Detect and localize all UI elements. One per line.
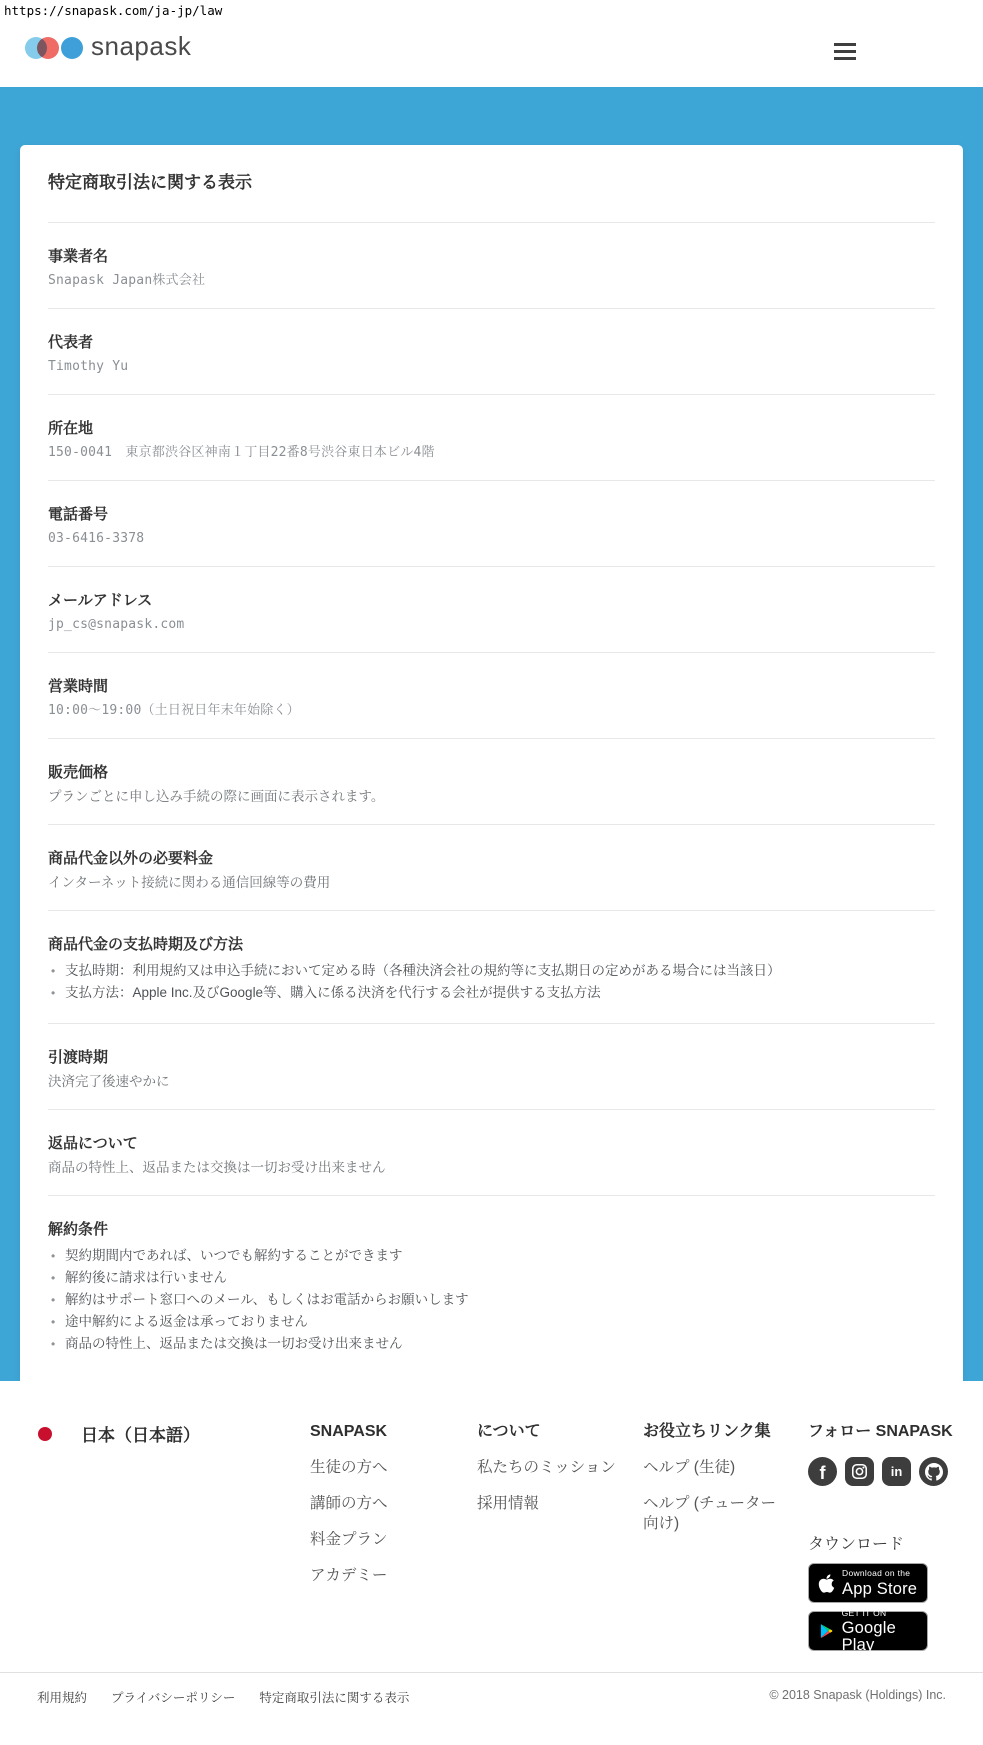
section-delivery: 引渡時期 決済完了後速やかに: [48, 1024, 935, 1110]
logo-dot-red: [37, 37, 59, 59]
section-value: 商品の特性上、返品または交換は一切お受け出来ません: [48, 1159, 935, 1176]
section-label: 解約条件: [48, 1220, 935, 1239]
snapask-dots-icon: [25, 36, 83, 60]
badge-line2: App Store: [842, 1581, 917, 1598]
footer-column-about: について 私たちのミッション 採用情報: [477, 1422, 616, 1514]
copyright: © 2018 Snapask (Holdings) Inc.: [769, 1688, 946, 1702]
terms-link[interactable]: 利用規約: [37, 1688, 87, 1706]
instagram-icon[interactable]: [845, 1457, 874, 1486]
section-label: 営業時間: [48, 677, 935, 696]
footer-link-students[interactable]: 生徒の方へ: [310, 1458, 388, 1478]
facebook-glyph: f: [820, 1464, 826, 1482]
section-price: 販売価格 プランごとに申し込み手続の際に画面に表示されます。: [48, 739, 935, 825]
page-title: 特定商取引法に関する表示: [48, 145, 935, 223]
section-label: 代表者: [48, 333, 935, 352]
section-extra-fees: 商品代金以外の必要料金 インターネット接続に関わる通信回線等の費用: [48, 825, 935, 911]
section-business-name: 事業者名 Snapask Japan株式会社: [48, 223, 935, 309]
github-icon[interactable]: [919, 1457, 948, 1486]
section-business-hours: 営業時間 10:00〜19:00（土日祝日年末年始除く）: [48, 653, 935, 739]
linkedin-icon[interactable]: in: [882, 1457, 911, 1486]
footer-column-snapask: SNAPASK 生徒の方へ 講師の方へ 料金プラン アカデミー: [310, 1422, 388, 1586]
legal-bar: 利用規約 プライバシーポリシー 特定商取引法に関する表示 © 2018 Snap…: [0, 1672, 983, 1745]
section-address: 所在地 150-0041 東京都渋谷区神南１丁目22番8号渋谷東日本ビル4階: [48, 395, 935, 481]
section-label: 所在地: [48, 419, 935, 438]
github-glyph: [925, 1463, 943, 1481]
bullet-item: 解約はサポート窓口へのメール、もしくはお電話からお願いします: [48, 1289, 935, 1311]
section-representative: 代表者 Timothy Yu: [48, 309, 935, 395]
google-play-icon: [818, 1620, 835, 1642]
section-value: インターネット接続に関わる通信回線等の費用: [48, 874, 935, 891]
logo-dot-blue: [61, 37, 83, 59]
locale-label: 日本（日本語）: [81, 1421, 200, 1446]
badge-text: Download on the App Store: [842, 1569, 917, 1597]
social-icons-row: f in: [808, 1457, 953, 1486]
footer-link-academy[interactable]: アカデミー: [310, 1566, 388, 1586]
top-area: https://snapask.com/ja-jp/law snapask: [0, 0, 983, 87]
section-returns: 返品について 商品の特性上、返品または交換は一切お受け出来ません: [48, 1110, 935, 1196]
commercial-law-link[interactable]: 特定商取引法に関する表示: [259, 1688, 409, 1706]
badge-line2: Google Play: [842, 1620, 918, 1653]
bullet-item: 支払時期：利用規約又は申込手続において定める時（各種決済会社の規約等に支払期日の…: [48, 960, 935, 982]
section-value: jp_cs@snapask.com: [48, 616, 935, 633]
instagram-glyph: [851, 1463, 868, 1480]
footer-link-help-students[interactable]: ヘルプ (生徒): [643, 1458, 778, 1478]
bullet-item: 途中解約による返金は承っておりません: [48, 1311, 935, 1333]
section-label: メールアドレス: [48, 591, 935, 610]
google-play-badge[interactable]: GET IT ON Google Play: [808, 1611, 928, 1651]
locale-selector[interactable]: 日本（日本語）: [38, 1421, 200, 1446]
hamburger-menu-button[interactable]: [834, 42, 856, 60]
hamburger-bar: [834, 50, 856, 53]
brand-logo[interactable]: snapask: [25, 35, 191, 61]
hamburger-bar: [834, 43, 856, 46]
section-value: 150-0041 東京都渋谷区神南１丁目22番8号渋谷東日本ビル4階: [48, 444, 935, 461]
blue-background-band: 特定商取引法に関する表示 事業者名 Snapask Japan株式会社 代表者 …: [0, 87, 983, 1381]
section-value: 03-6416-3378: [48, 530, 935, 547]
footer-link-tutors[interactable]: 講師の方へ: [310, 1494, 388, 1514]
brand-wordmark: snapask: [91, 33, 191, 59]
section-value: Snapask Japan株式会社: [48, 272, 935, 289]
bullet-item: 解約後に請求は行いません: [48, 1267, 935, 1289]
section-label: 商品代金以外の必要料金: [48, 849, 935, 868]
site-header: snapask: [0, 20, 983, 87]
bullet-list: 契約期間内であれば、いつでも解約することができます 解約後に請求は行いません 解…: [48, 1245, 935, 1355]
bullet-item: 契約期間内であれば、いつでも解約することができます: [48, 1245, 935, 1267]
footer-column-title: お役立ちリンク集: [643, 1422, 778, 1442]
hamburger-bar: [834, 57, 856, 60]
badge-text: GET IT ON Google Play: [842, 1609, 918, 1654]
footer-column-useful-links: お役立ちリンク集 ヘルプ (生徒) ヘルプ (チューター向け): [643, 1422, 778, 1534]
facebook-icon[interactable]: f: [808, 1457, 837, 1486]
footer-link-pricing[interactable]: 料金プラン: [310, 1530, 388, 1550]
section-label: 商品代金の支払時期及び方法: [48, 935, 935, 954]
section-cancellation: 解約条件 契約期間内であれば、いつでも解約することができます 解約後に請求は行い…: [48, 1196, 935, 1374]
footer-column-title: について: [477, 1422, 616, 1442]
download-label: タウンロード: [808, 1535, 953, 1555]
bullet-item: 支払方法：Apple Inc.及びGoogle等、購入に係る決済を代行する会社が…: [48, 982, 935, 1004]
url-text: https://snapask.com/ja-jp/law: [4, 3, 222, 18]
privacy-policy-link[interactable]: プライバシーポリシー: [111, 1688, 235, 1706]
section-label: 返品について: [48, 1134, 935, 1153]
footer-link-help-tutors[interactable]: ヘルプ (チューター向け): [643, 1494, 778, 1534]
badge-line1: GET IT ON: [842, 1609, 918, 1618]
footer-link-mission[interactable]: 私たちのミッション: [477, 1458, 616, 1478]
section-value: 10:00〜19:00（土日祝日年末年始除く）: [48, 702, 935, 719]
section-label: 販売価格: [48, 763, 935, 782]
footer-column-title: SNAPASK: [310, 1422, 388, 1442]
section-label: 事業者名: [48, 247, 935, 266]
section-value: 決済完了後速やかに: [48, 1073, 935, 1090]
japan-dot-icon: [38, 1427, 52, 1441]
footer-link-careers[interactable]: 採用情報: [477, 1494, 616, 1514]
section-email: メールアドレス jp_cs@snapask.com: [48, 567, 935, 653]
section-phone: 電話番号 03-6416-3378: [48, 481, 935, 567]
section-label: 電話番号: [48, 505, 935, 524]
section-value: Timothy Yu: [48, 358, 935, 375]
footer-column-follow: フォロー SNAPASK f in タウンロード: [808, 1422, 953, 1651]
apple-icon: [818, 1573, 835, 1594]
legal-links: 利用規約 プライバシーポリシー 特定商取引法に関する表示: [37, 1688, 409, 1706]
bullet-item: 商品の特性上、返品または交換は一切お受け出来ません: [48, 1333, 935, 1355]
linkedin-glyph: in: [891, 1465, 903, 1478]
site-footer: 日本（日本語） SNAPASK 生徒の方へ 講師の方へ 料金プラン アカデミー …: [0, 1381, 983, 1672]
bullet-list: 支払時期：利用規約又は申込手続において定める時（各種決済会社の規約等に支払期日の…: [48, 960, 935, 1004]
legal-info-card: 特定商取引法に関する表示 事業者名 Snapask Japan株式会社 代表者 …: [20, 145, 963, 1414]
section-payment: 商品代金の支払時期及び方法 支払時期：利用規約又は申込手続において定める時（各種…: [48, 911, 935, 1024]
badge-line1: Download on the: [842, 1569, 917, 1578]
footer-column-title: フォロー SNAPASK: [808, 1422, 953, 1442]
section-value: プランごとに申し込み手続の際に画面に表示されます。: [48, 788, 935, 805]
section-label: 引渡時期: [48, 1048, 935, 1067]
app-store-badge[interactable]: Download on the App Store: [808, 1563, 928, 1603]
